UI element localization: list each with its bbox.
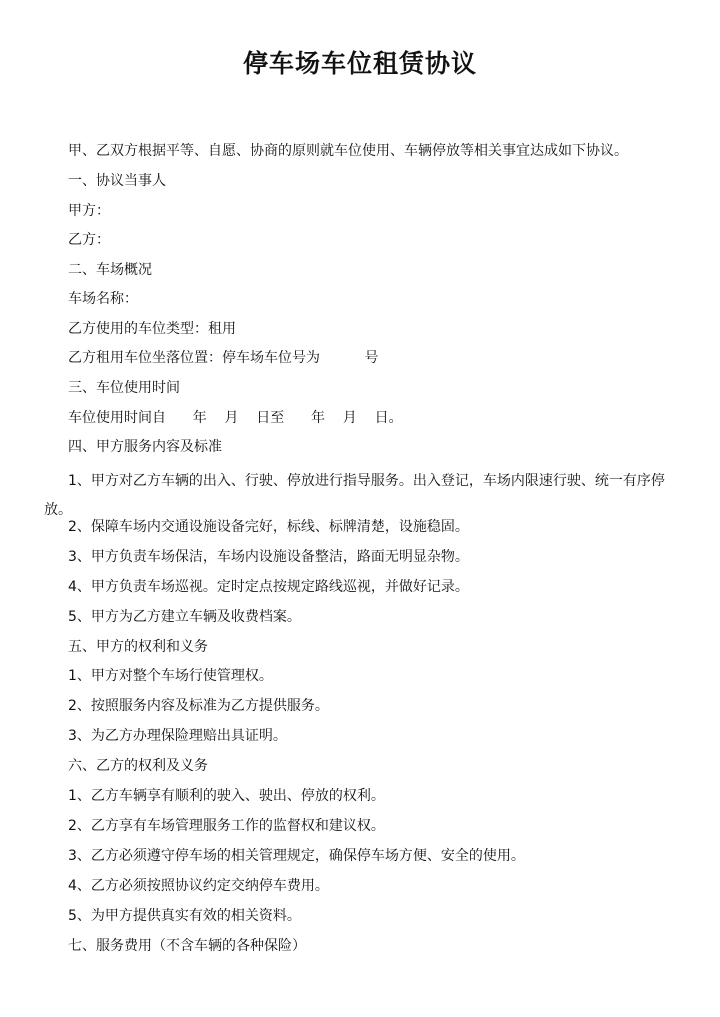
document-line: 乙方使用的车位类型：租用 xyxy=(68,320,236,338)
document-line: 3、乙方必须遵守停车场的相关管理规定，确保停车场方便、安全的使用。 xyxy=(68,847,525,865)
document-line: 2、按照服务内容及标准为乙方提供服务。 xyxy=(68,697,329,715)
document-line: 5、甲方为乙方建立车辆及收费档案。 xyxy=(68,608,301,626)
document-line: 1、乙方车辆享有顺利的驶入、驶出、停放的权利。 xyxy=(68,787,385,805)
document-line: 2、乙方享有车场管理服务工作的监督权和建议权。 xyxy=(68,817,385,835)
document-line: 乙方租用车位坐落位置：停车场车位号为 号 xyxy=(68,349,379,367)
document-line: 4、甲方负责车场巡视。定时定点按规定路线巡视，并做好记录。 xyxy=(68,578,469,596)
document-line: 车场名称： xyxy=(68,290,138,308)
document-line: 1、甲方对整个车场行使管理权。 xyxy=(68,667,273,685)
document-line: 2、保障车场内交通设施设备完好，标线、标牌清楚，设施稳固。 xyxy=(68,518,469,536)
document-line: 五、甲方的权利和义务 xyxy=(68,638,208,656)
document-line: 三、车位使用时间 xyxy=(68,379,180,397)
document-line: 甲、乙双方根据平等、自愿、协商的原则就车位使用、车辆停放等相关事宜达成如下协议。 xyxy=(68,142,628,160)
document-line: 3、为乙方办理保险理赔出具证明。 xyxy=(68,727,287,745)
document-line: 5、为甲方提供真实有效的相关资料。 xyxy=(68,907,301,925)
document-line: 六、乙方的权利及义务 xyxy=(68,757,208,775)
document-line: 1、甲方对乙方车辆的出入、行驶、停放进行指导服务。出入登记，车场内限速行驶、统一… xyxy=(44,467,684,525)
document-line: 二、车场概况 xyxy=(68,261,152,279)
document-line: 车位使用时间自 年 月 日至 年 月 日。 xyxy=(68,409,403,427)
document-line: 一、协议当事人 xyxy=(68,172,166,190)
document-line: 四、甲方服务内容及标准 xyxy=(68,438,222,456)
document-line: 甲方： xyxy=(68,202,110,220)
document-title: 停车场车位租赁协议 xyxy=(0,44,720,80)
document-line: 七、服务费用（不含车辆的各种保险） xyxy=(68,937,306,955)
document-line: 3、甲方负责车场保洁，车场内设施设备整洁，路面无明显杂物。 xyxy=(68,548,469,566)
document-line: 4、乙方必须按照协议约定交纳停车费用。 xyxy=(68,877,329,895)
document-line: 乙方： xyxy=(68,231,110,249)
